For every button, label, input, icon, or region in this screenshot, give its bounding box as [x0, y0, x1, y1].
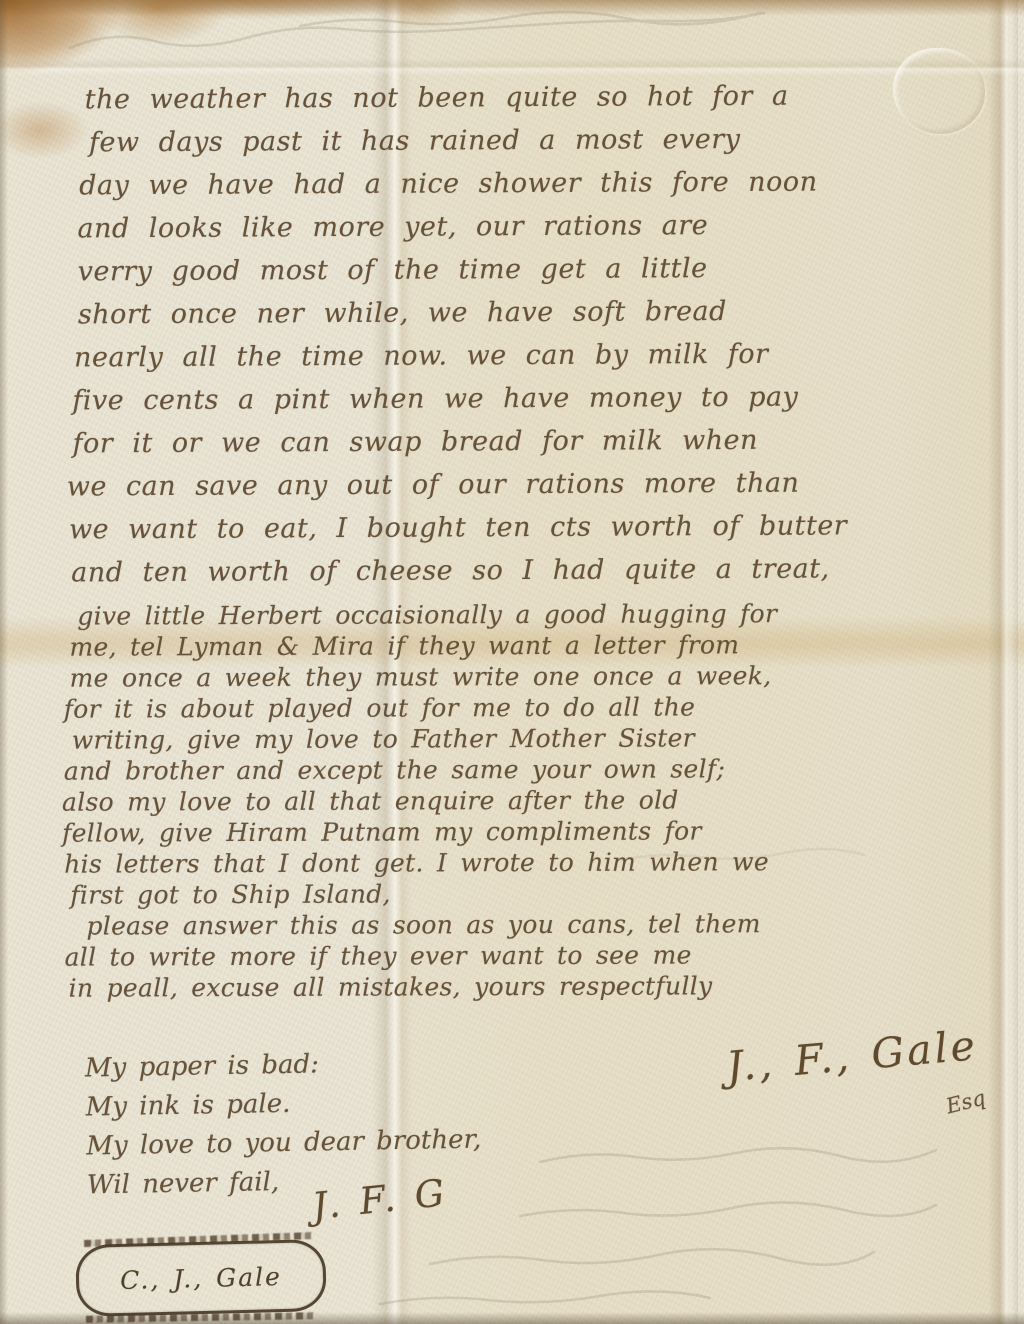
letter-line: for it is about played out for me to do … — [64, 690, 994, 724]
letter-line: and brother and except the same your own… — [64, 752, 994, 786]
letter-line: his letters that I dont get. I wrote to … — [64, 845, 994, 879]
letter-line: fellow, give Hiram Putnam my compliments… — [62, 814, 994, 848]
letter-line: all to write more if they ever want to s… — [64, 938, 994, 972]
letter-line: nearly all the time now. we can by milk … — [74, 332, 988, 380]
letter-line: me, tel Lyman & Mira if they want a lett… — [69, 628, 993, 662]
letter-line: short once ner while, we have soft bread — [78, 289, 988, 337]
letter-body-lower: give little Herbert occaisionally a good… — [63, 597, 994, 1003]
postscript-line: My paper is bad: — [85, 1043, 481, 1089]
letter-line: also my love to all that enquire after t… — [62, 783, 994, 817]
letter-scan: the weather has not been quite so hot fo… — [0, 0, 1024, 1324]
letter-line: and ten worth of cheese so I had quite a… — [71, 547, 989, 595]
letter-line: writing, give my love to Father Mother S… — [72, 721, 994, 755]
postscript-line: My love to you dear brother, — [86, 1121, 482, 1167]
letter-line: verry good most of the time get a little — [78, 246, 988, 294]
docket-name: C., J., Gale — [78, 1242, 324, 1314]
letter-line: me once a week they must write one once … — [70, 659, 994, 693]
letter-body-upper: the weather has not been quite so hot fo… — [77, 74, 990, 595]
letter-line: please answer this as soon as you cans, … — [86, 907, 994, 941]
letter-line: give little Herbert occaisionally a good… — [77, 597, 993, 631]
letter-line: we want to eat, I bought ten cts worth o… — [69, 504, 989, 552]
letter-line: five cents a pint when we have money to … — [72, 375, 988, 423]
letter-line: and looks like more yet, our rations are — [77, 203, 987, 251]
letter-line: day we have had a nice shower this fore … — [79, 160, 987, 208]
letter-line: we can save any out of our rations more … — [67, 461, 989, 509]
letter-line: few days past it has rained a most every — [89, 117, 987, 165]
letter-line: in peall, excuse all mistakes, yours res… — [69, 969, 995, 1003]
docket-box: C., J., Gale — [75, 1239, 327, 1317]
letter-line: first got to Ship Island, — [70, 876, 994, 910]
letter-line: for it or we can swap bread for milk whe… — [72, 418, 988, 466]
postscript-line: My ink is pale. — [85, 1082, 481, 1128]
letter-line: the weather has not been quite so hot fo… — [85, 74, 987, 122]
